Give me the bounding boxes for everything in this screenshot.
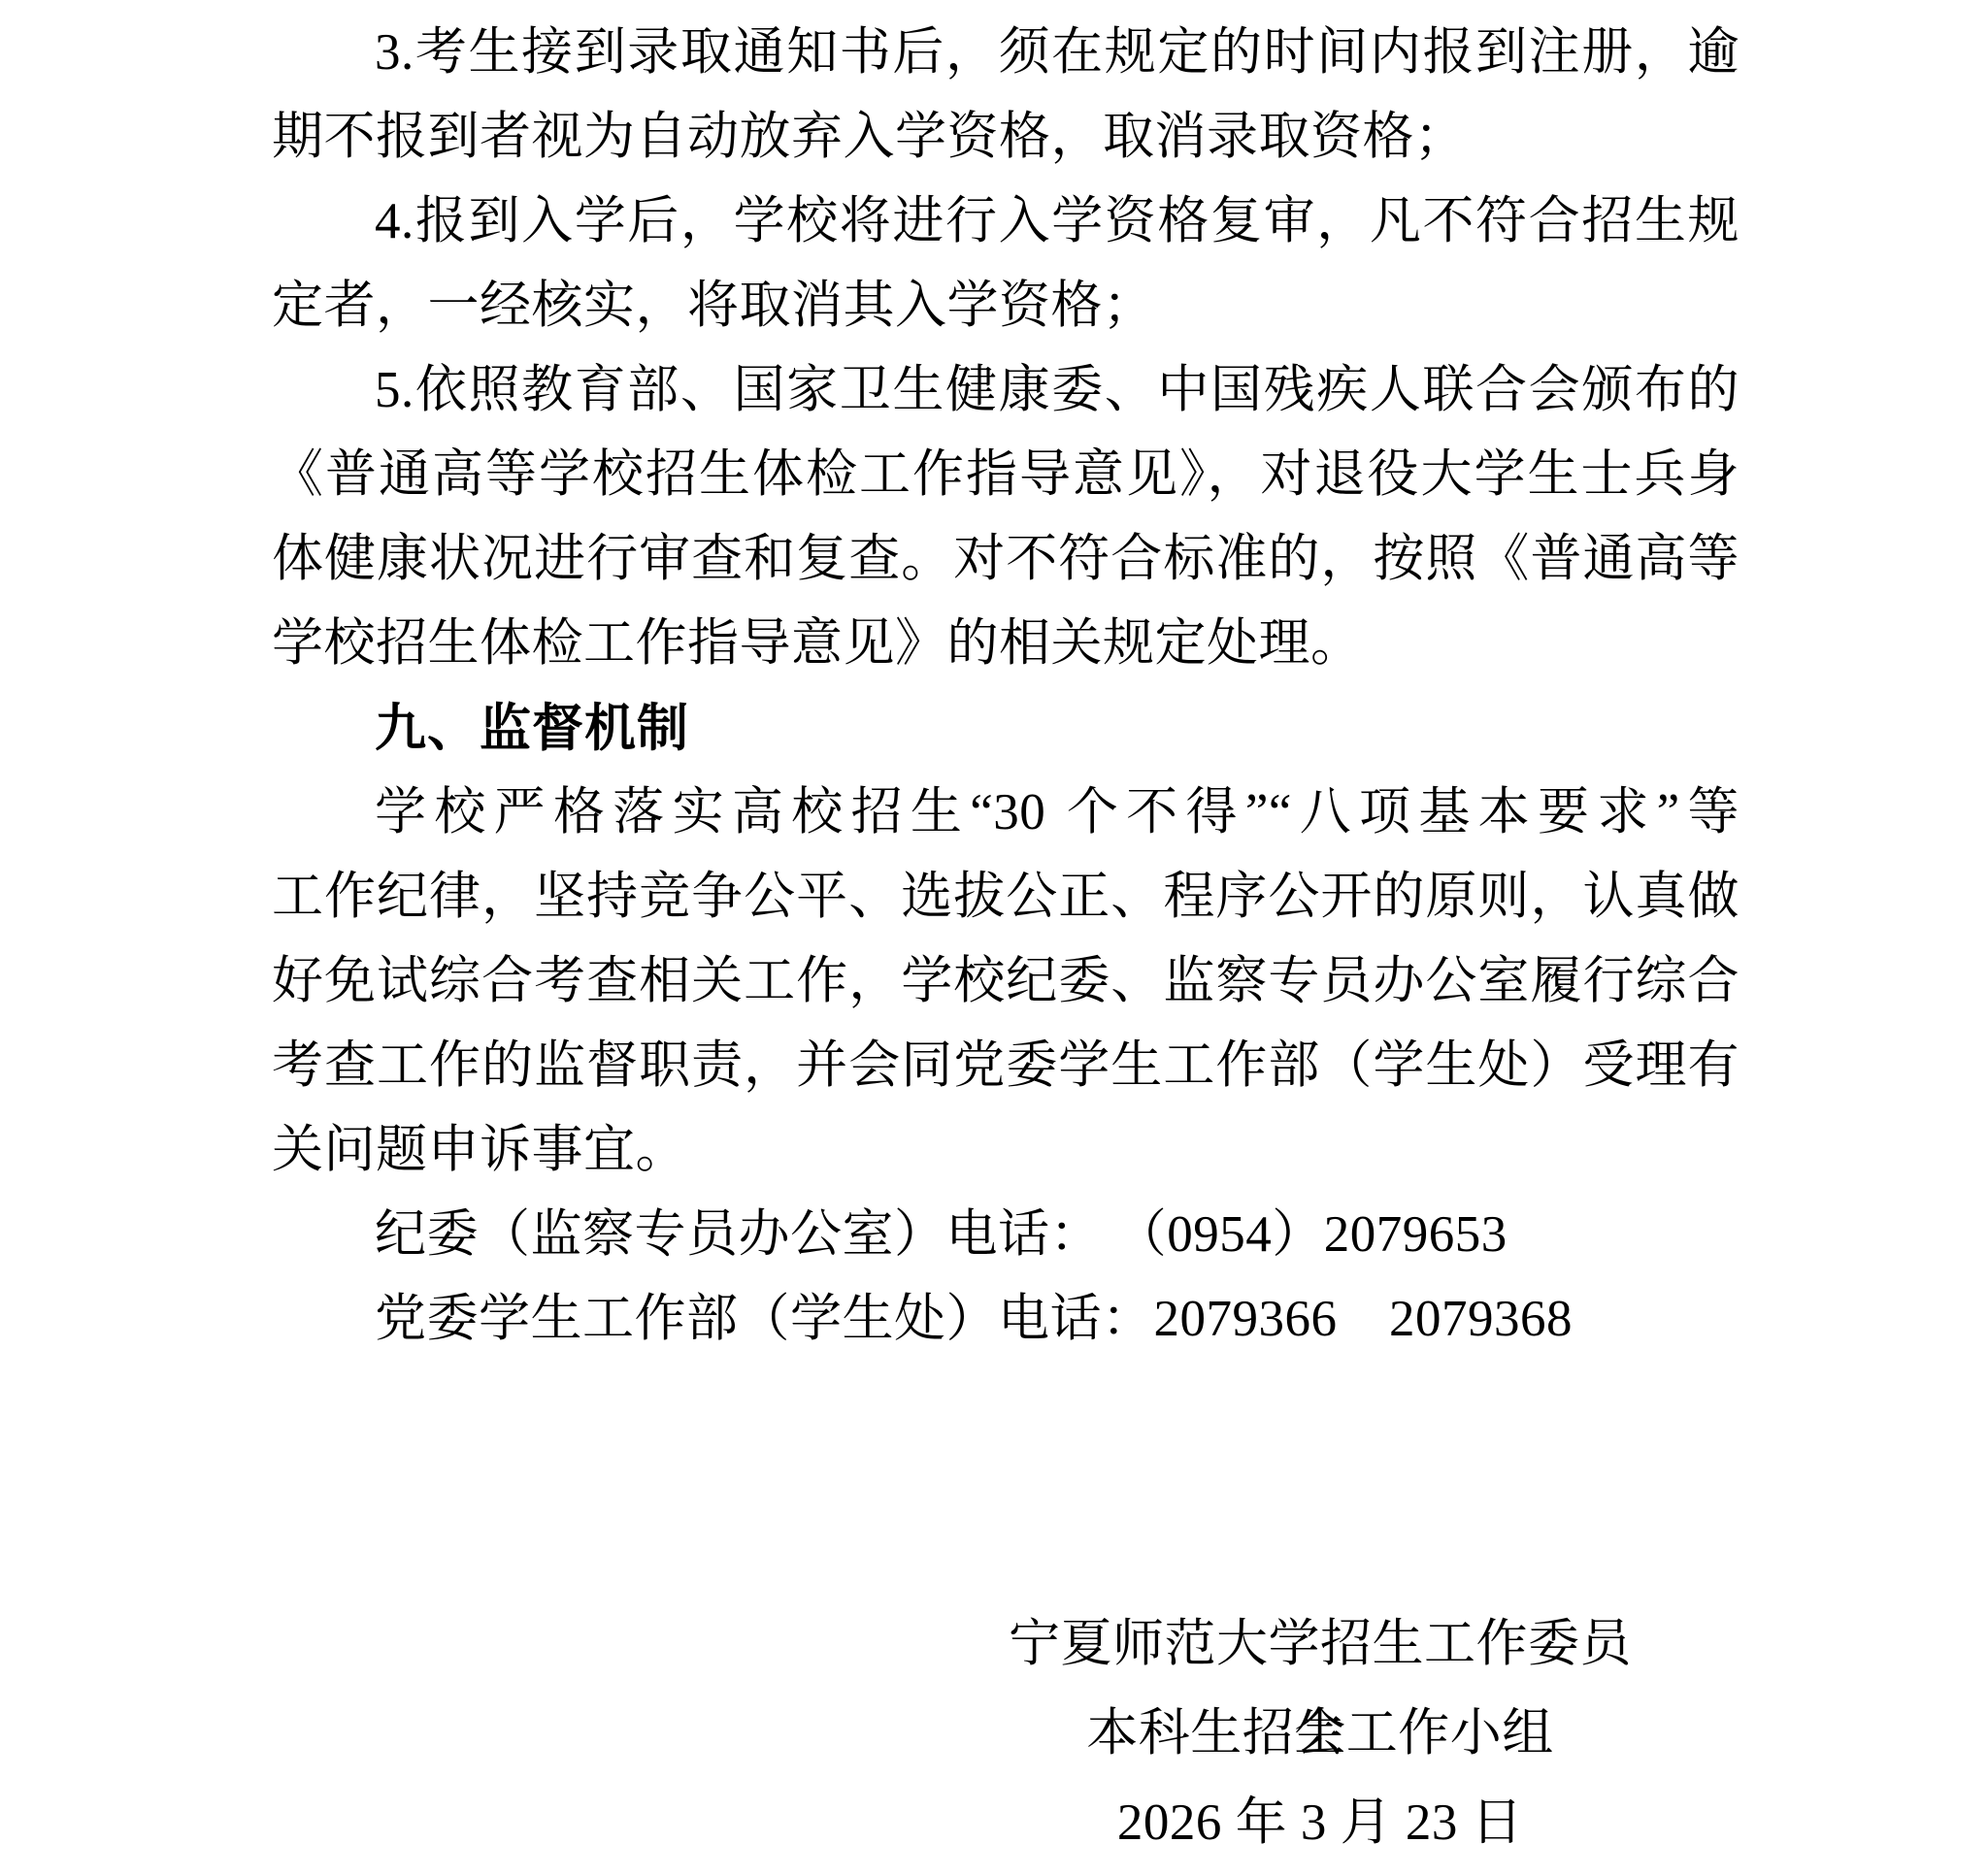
text-line: 党委学生工作部（学生处）电话：2079366 2079368	[272, 1277, 1739, 1362]
text-line: 期不报到者视为自动放弃入学资格，取消录取资格；	[272, 95, 1739, 180]
signature-line: 宁夏师范大学招生工作委员会	[986, 1599, 1654, 1689]
text-line: 4.报到入学后，学校将进行入学资格复审，凡不符合招生规	[272, 180, 1739, 264]
text-line: 《普通高等学校招生体检工作指导意见》，对退役大学生士兵身	[272, 433, 1739, 517]
text-line: 定者，一经核实，将取消其入学资格；	[272, 264, 1739, 348]
signature-line: 本科生招生工作小组	[986, 1689, 1654, 1778]
text-line: 纪委（监察专员办公室）电话： （0954）2079653	[272, 1193, 1739, 1277]
text-line: 考查工作的监督职责，并会同党委学生工作部（学生处）受理有	[272, 1024, 1739, 1108]
text-line: 好免试综合考查相关工作，学校纪委、监察专员办公室履行综合	[272, 939, 1739, 1024]
text-line: 学校招生体检工作指导意见》的相关规定处理。	[272, 602, 1739, 686]
text-line: 5.依照教育部、国家卫生健康委、中国残疾人联合会颁布的	[272, 348, 1739, 433]
body-lines: 3.考生接到录取通知书后，须在规定的时间内报到注册，逾期不报到者视为自动放弃入学…	[272, 11, 1739, 1362]
document-page: 3.考生接到录取通知书后，须在规定的时间内报到注册，逾期不报到者视为自动放弃入学…	[0, 0, 1988, 1876]
signature-block: 宁夏师范大学招生工作委员会本科生招生工作小组2026 年 3 月 23 日	[986, 1599, 1654, 1867]
text-line: 3.考生接到录取通知书后，须在规定的时间内报到注册，逾	[272, 11, 1739, 95]
section-heading: 九、监督机制	[272, 686, 1739, 771]
text-line: 学校严格落实高校招生“30 个不得”“八项基本要求”等	[272, 771, 1739, 855]
text-line: 关问题申诉事宜。	[272, 1108, 1739, 1193]
text-line: 工作纪律，坚持竞争公平、选拔公正、程序公开的原则，认真做	[272, 855, 1739, 939]
text-line: 体健康状况进行审查和复查。对不符合标准的，按照《普通高等	[272, 517, 1739, 602]
signature-date: 2026 年 3 月 23 日	[986, 1778, 1654, 1867]
